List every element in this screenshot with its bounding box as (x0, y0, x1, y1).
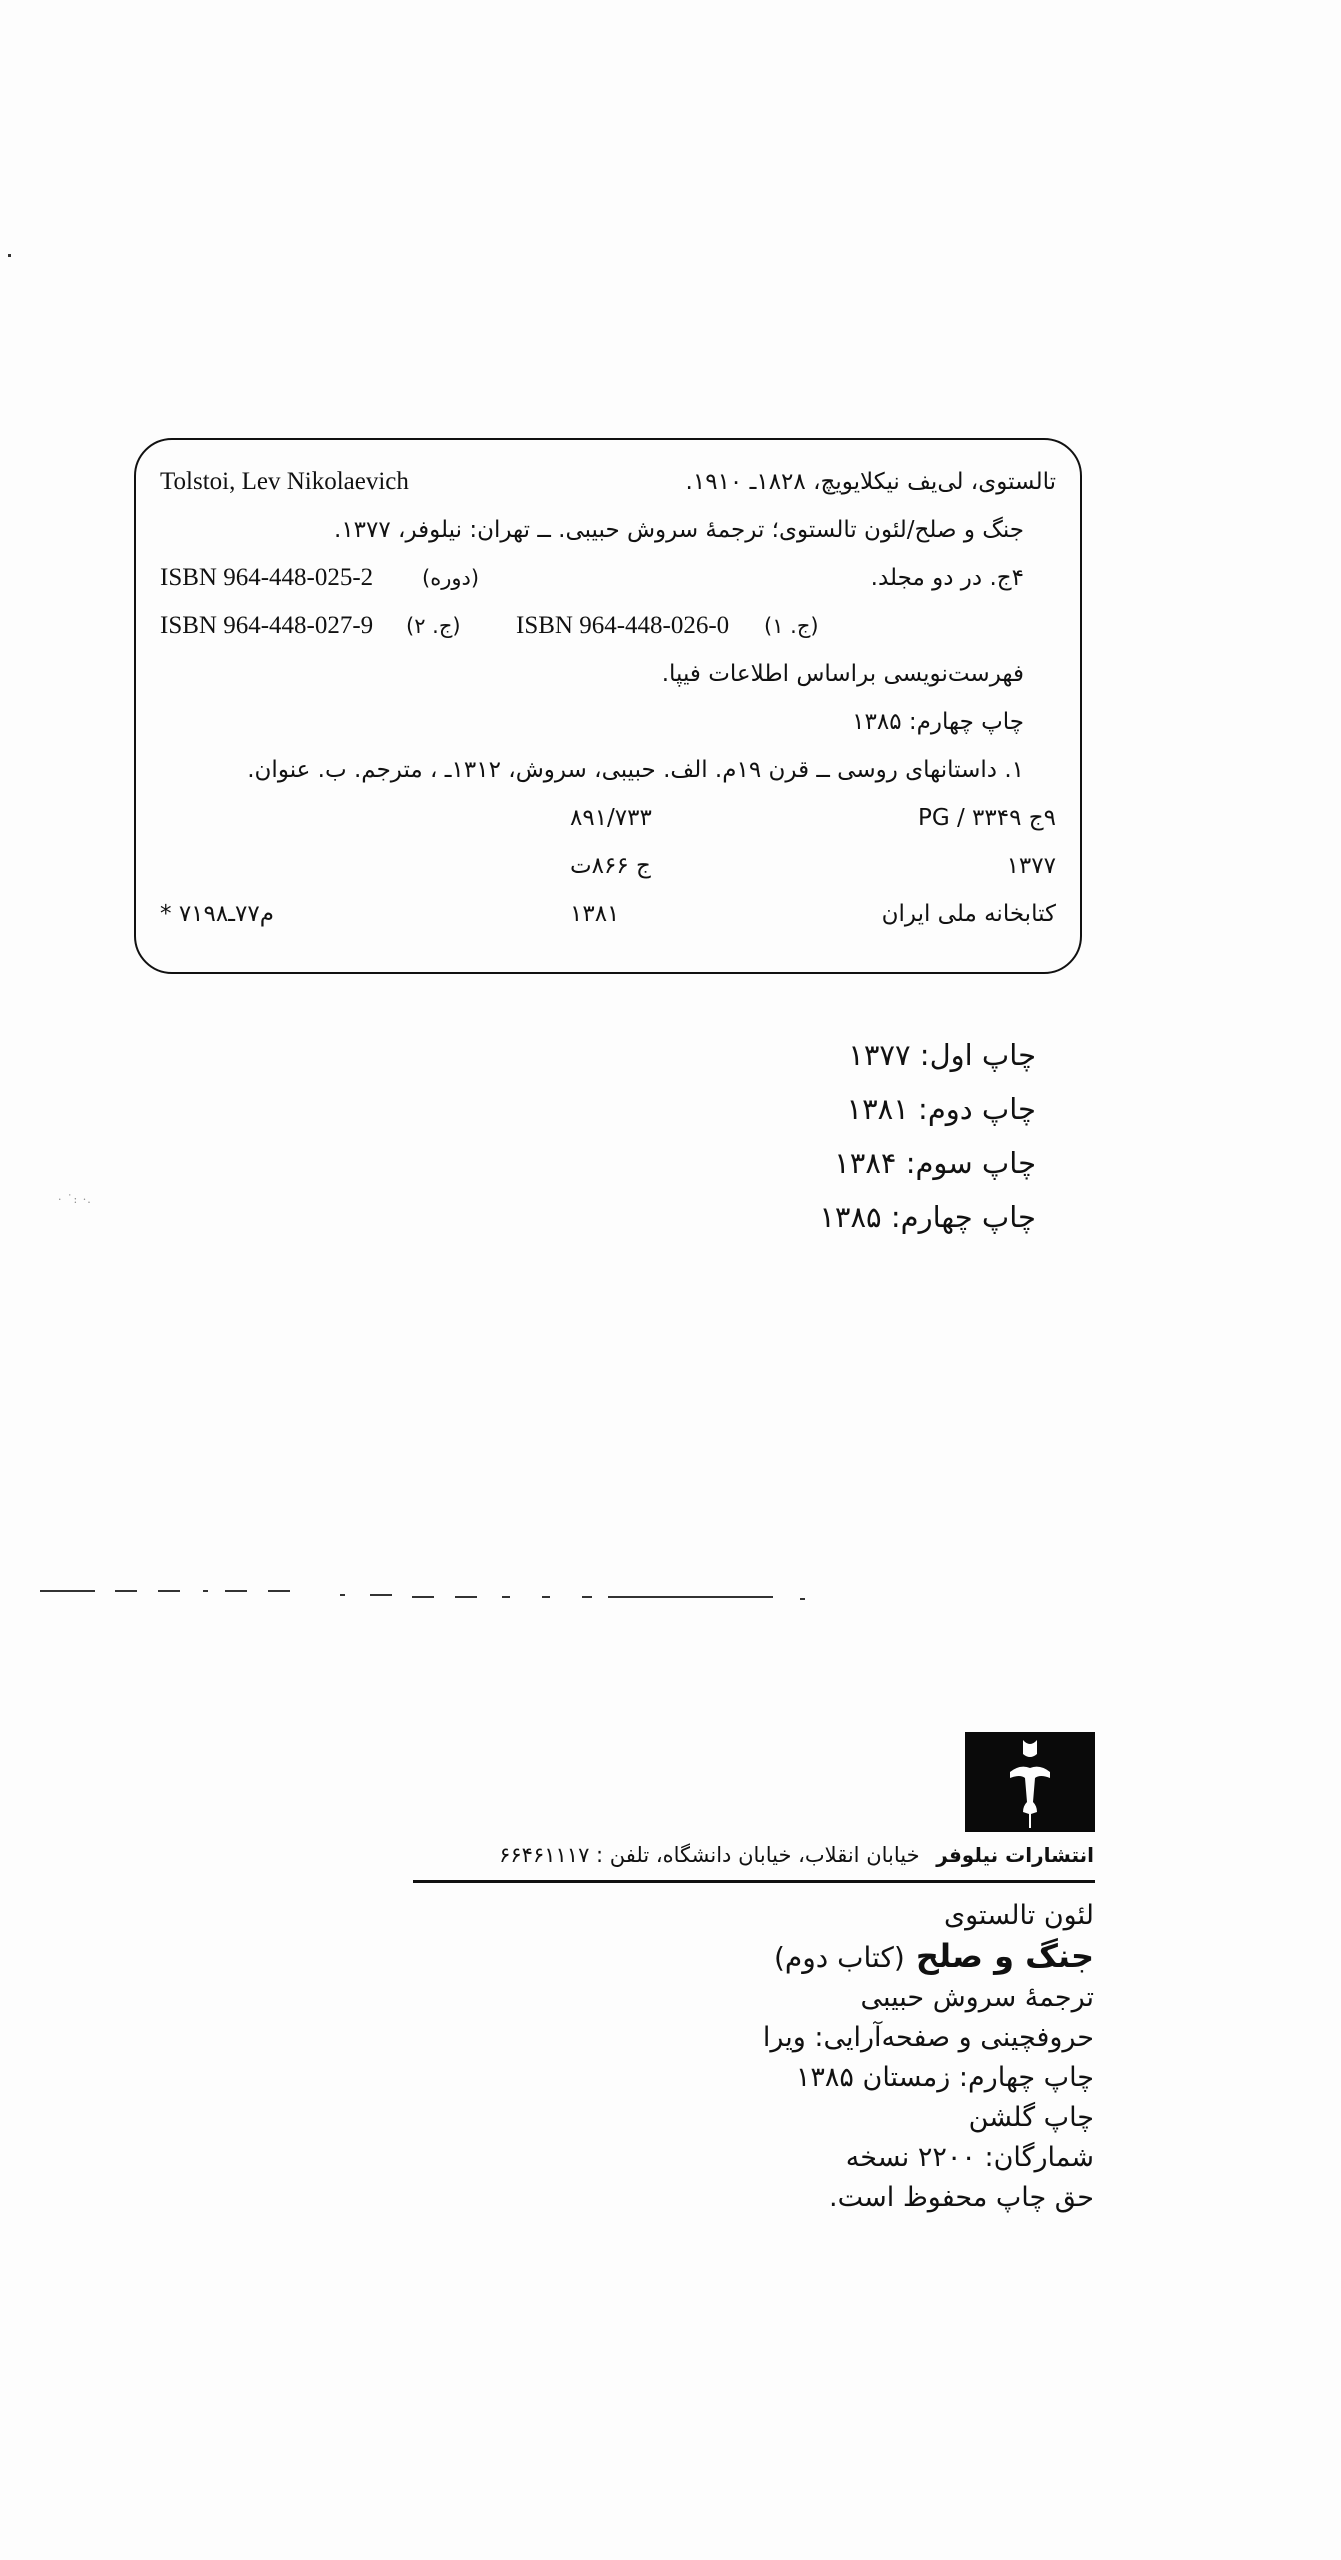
physical-description: ۴ج. در دو مجلد. (871, 558, 1024, 598)
publisher-line: انتشارات نیلوفر خیابان انقلاب، خیابان دا… (413, 1836, 1094, 1874)
card-row-years: ۱۳۷۷ ج ۸۶۶ت (160, 846, 1056, 886)
colophon-subtitle: (کتاب دوم) (774, 1941, 905, 1974)
isbn-vol2: ISBN 964-448-027-9 (160, 606, 373, 646)
publisher-rule (413, 1880, 1095, 1883)
card-row-call-numbers: ۹ج PG / ۳۳۴۹ ۸۹۱/۷۳۳ (160, 798, 1056, 838)
niloufar-publisher-logo-icon (965, 1732, 1095, 1832)
cataloging-note: فهرست‌نویسی براساس اطلاعات فیپا. (160, 654, 1056, 694)
colophon-title-line: جنگ و صلح (کتاب دوم) (763, 1936, 1094, 1978)
printing-history-item: چاپ دوم: ۱۳۸۱ (819, 1082, 1036, 1136)
dewey-cutter: ج ۸۶۶ت (570, 846, 651, 886)
publisher-name: انتشارات نیلوفر (936, 1843, 1094, 1867)
colophon-translator: ترجمهٔ سروش حبیبی (763, 1978, 1094, 2018)
library-name: کتابخانه ملی ایران (882, 894, 1056, 934)
printing-history-item: چاپ اول: ۱۳۷۷ (819, 1028, 1036, 1082)
edition-note: چاپ چهارم: ۱۳۸۵ (160, 702, 1056, 742)
printing-history-item: چاپ سوم: ۱۳۸۴ (819, 1136, 1036, 1190)
printing-history-item: چاپ چهارم: ۱۳۸۵ (819, 1190, 1036, 1244)
lc-call-number: ۹ج PG / ۳۳۴۹ (918, 798, 1056, 838)
scan-dashed-line (40, 1590, 770, 1602)
catalog-card: Tolstoi, Lev Nikolaevich تالستوی، لی‌یف … (134, 438, 1082, 974)
card-row-author: Tolstoi, Lev Nikolaevich تالستوی، لی‌یف … (160, 462, 1056, 502)
isbn-vol2-label: (ج. ۲) (406, 606, 461, 646)
colophon-edition: چاپ چهارم: زمستان ۱۳۸۵ (763, 2058, 1094, 2098)
dewey-year: ۱۳۸۱ (570, 894, 619, 934)
lc-year: ۱۳۷۷ (1007, 846, 1056, 886)
isbn-vol1: ISBN 964-448-026-0 (516, 606, 729, 646)
isbn-vol1-label: (ج. ۱) (764, 606, 819, 646)
record-number: م۷۷ـ۷۱۹۸ * (160, 894, 274, 934)
colophon-title: جنگ و صلح (916, 1937, 1094, 1975)
colophon-print-run: شمارگان: ۲۲۰۰ نسخه (763, 2138, 1094, 2178)
isbn-set: ISBN 964-448-025-2 (160, 558, 373, 598)
subject-headings: ۱. داستانهای روسی ــ قرن ۱۹م. الف. حبیبی… (160, 750, 1056, 790)
colophon-author: لئون تالستوی (763, 1896, 1094, 1936)
card-row-isbn: ISBN 964-448-027-9 (ج. ۲) ISBN 964-448-0… (160, 606, 1056, 646)
isbn-set-label: (دوره) (422, 558, 479, 598)
colophon-typesetting: حروفچینی و صفحه‌آرایی: ویرا (763, 2018, 1094, 2058)
scan-smudge: · ˙: ·. (58, 1193, 92, 1206)
dewey-number: ۸۹۱/۷۳۳ (570, 798, 652, 838)
card-row-physical: ISBN 964-448-025-2 (دوره) ۴ج. در دو مجلد… (160, 558, 1056, 598)
title-statement: جنگ و صلح/لئون تالستوی؛ ترجمهٔ سروش حبیب… (160, 510, 1056, 550)
printing-history: چاپ اول: ۱۳۷۷ چاپ دوم: ۱۳۸۱ چاپ سوم: ۱۳۸… (819, 1028, 1036, 1244)
publisher-address: خیابان انقلاب، خیابان دانشگاه، تلفن : ۶۶… (499, 1843, 919, 1867)
card-row-library: کتابخانه ملی ایران ۱۳۸۱ م۷۷ـ۷۱۹۸ * (160, 894, 1056, 934)
scan-speck (8, 254, 11, 257)
author-latin: Tolstoi, Lev Nikolaevich (160, 462, 409, 502)
colophon-copyright: حق چاپ محفوظ است. (763, 2178, 1094, 2218)
colophon: لئون تالستوی جنگ و صلح (کتاب دوم) ترجمهٔ… (763, 1896, 1094, 2218)
author-persian: تالستوی، لی‌یف نیکلایویچ، ۱۸۲۸ـ ۱۹۱۰. (686, 462, 1056, 502)
colophon-printer: چاپ گلشن (763, 2098, 1094, 2138)
